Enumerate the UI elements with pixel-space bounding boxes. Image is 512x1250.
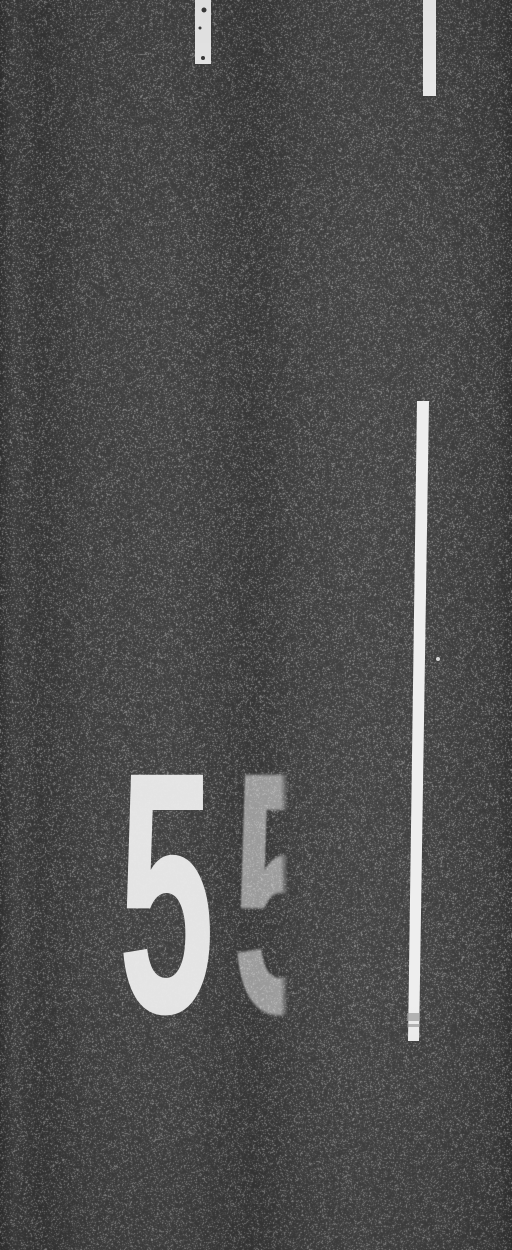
- speed-marking-digit-2: 5: [232, 720, 329, 1065]
- road-surface: 5 5: [0, 0, 512, 1250]
- speed-marking-digit-1: 5: [118, 720, 215, 1065]
- right-long-line: [408, 401, 429, 1041]
- top-right-dash: [423, 0, 436, 96]
- top-left-dash: [195, 0, 211, 64]
